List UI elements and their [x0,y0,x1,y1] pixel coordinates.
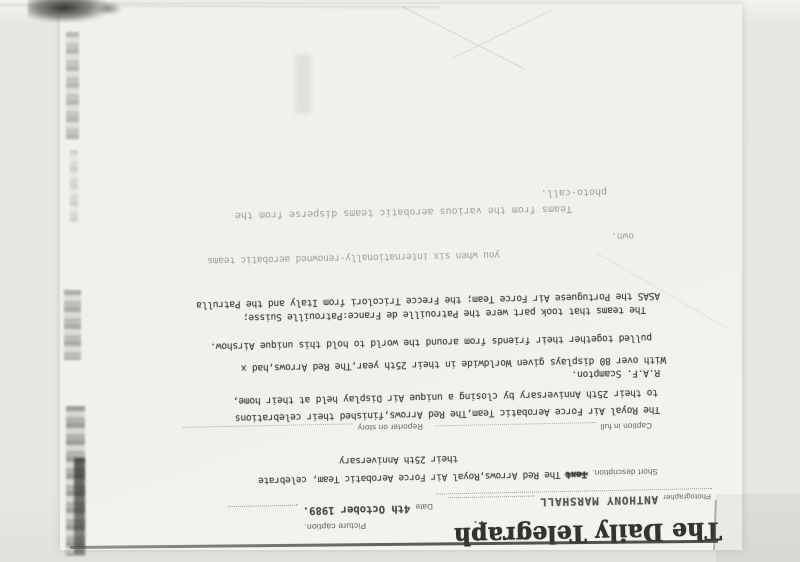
faint-caption-line: photo-call. [541,186,607,198]
caption-line: R.A.F. Scampton. [572,367,661,380]
scanned-photo-caption-sheet: The Daily Telegraph .. Picture caption. … [0,0,800,562]
faint-caption-line: own. [611,230,634,241]
faint-caption-line: Teams from the various aerobatic teams d… [235,203,572,221]
masthead-trailing-dots: .. [472,518,485,530]
reporter-on-story-row: Reporter on story [183,422,423,438]
short-description-row: Short description. Text The Red Arrows,R… [258,467,658,486]
short-description-struck-word: Text [565,468,587,479]
caption-in-full-leader-dots [435,422,595,436]
reporter-on-story-leader-dots [183,423,353,437]
caption-line: to their 25th Anniversary by closing a u… [233,387,658,407]
masthead-title: The Daily Telegraph [454,516,723,550]
caption-sheet-paper: The Daily Telegraph .. Picture caption. … [60,4,742,550]
date-row: Date 4th October 1989. [228,502,433,518]
caption-in-full-row: Caption in full [435,421,652,436]
caption-line: The Royal Air Force Aerobatic Team,The R… [235,404,660,424]
date-label: Date [415,502,433,511]
date-value: 4th October 1989. [303,502,411,516]
short-description-text: The Red Arrows,Royal Air Force Aerobatic… [258,469,560,486]
picture-caption-label: Picture caption. [304,521,366,532]
short-description-label: Short description. [592,467,658,477]
caption-line: pulled together their friends from aroun… [210,332,652,352]
reporter-on-story-label: Reporter on story [358,422,423,432]
short-description-text-line2: their 25th Anniversary [339,453,458,466]
faint-caption-line: you when six internationally-renowned ae… [207,249,500,266]
caption-in-full-label: Caption in full [600,421,652,431]
date-leader-dots [228,505,298,517]
newspaper-masthead: The Daily Telegraph [454,516,723,550]
